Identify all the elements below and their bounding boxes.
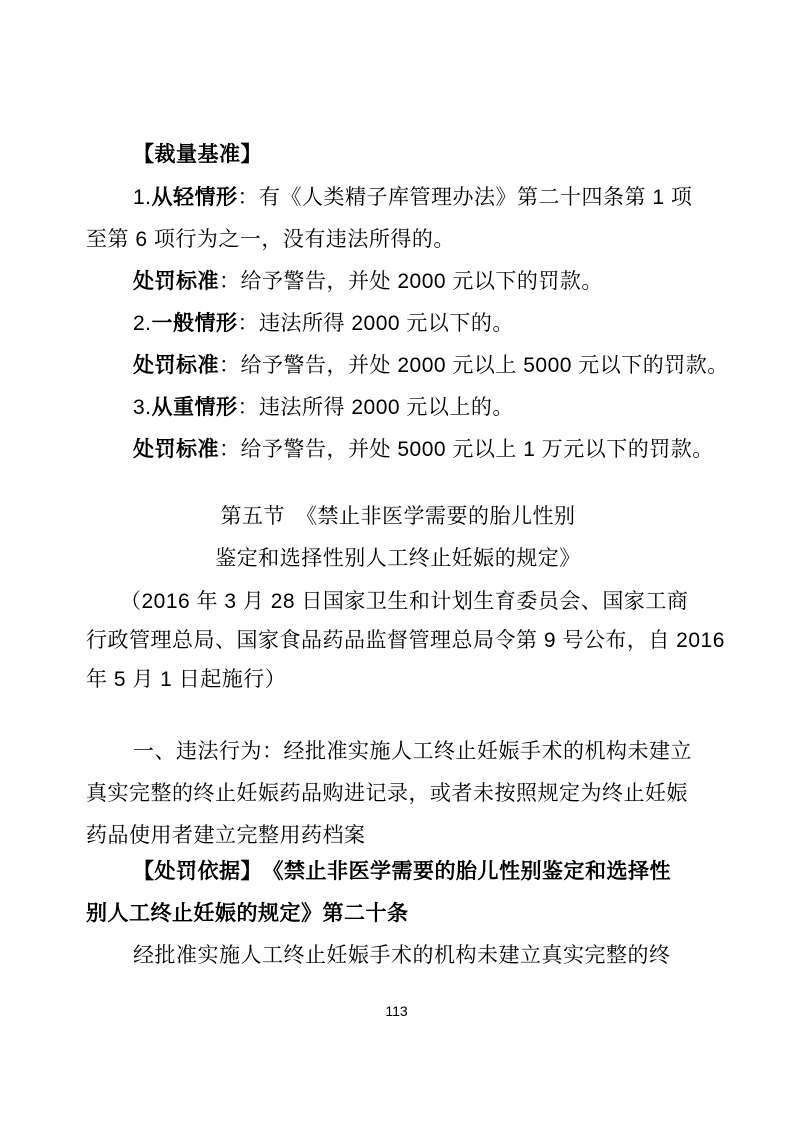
item2-line: 2.一般情形：违法所得 2000 元以下的。	[133, 310, 514, 337]
penalty3-text: ：给予警告，并处 5000 元以上 1 万元以下的罚款。	[219, 438, 714, 461]
section5-title-line1: 第五节 《禁止非医学需要的胎儿性别	[86, 503, 710, 530]
section5-title-line2: 鉴定和选择性别人工终止妊娠的规定》	[86, 545, 710, 572]
violation-line1: 一、违法行为：经批准实施人工终止妊娠手术的机构未建立	[133, 738, 692, 765]
violation-line3: 药品使用者建立完整用药档案	[86, 822, 366, 849]
item1-label: 从轻情形	[152, 186, 238, 209]
issuance-line2: 行政管理总局、国家食品药品监督管理总局令第 9 号公布，自 2016	[86, 627, 725, 654]
basis-line1: 【处罚依据】 《禁止非医学需要的胎儿性别鉴定和选择性	[133, 858, 671, 885]
item1-text: ：有《人类精子库管理办法》第二十四条第 1 项	[238, 186, 693, 209]
penalty2-line: 处罚标准：给予警告，并处 2000 元以上 5000 元以下的罚款。	[133, 352, 729, 379]
penalty1-label: 处罚标准	[133, 270, 219, 293]
issuance-line1: （2016 年 3 月 28 日国家卫生和计划生育委员会、国家工商	[120, 588, 688, 615]
item1-line2: 至第 6 项行为之一，没有违法所得的。	[86, 226, 455, 253]
penalty2-label: 处罚标准	[133, 354, 219, 377]
page-number: 113	[0, 1003, 793, 1019]
item1-line1: 1.从轻情形：有《人类精子库管理办法》第二十四条第 1 项	[133, 184, 692, 211]
item3-label: 从重情形	[152, 396, 238, 419]
penalty1-text: ：给予警告，并处 2000 元以下的罚款。	[219, 270, 603, 293]
document-page: 【裁量基准】 1.从轻情形：有《人类精子库管理办法》第二十四条第 1 项 至第 …	[0, 0, 793, 1122]
basis-line2: 别人工终止妊娠的规定》第二十条	[86, 900, 409, 927]
discretion-heading: 【裁量基准】	[133, 141, 262, 168]
body-line1: 经批准实施人工终止妊娠手术的机构未建立真实完整的终	[133, 942, 671, 969]
penalty3-label: 处罚标准	[133, 438, 219, 461]
item1-number: 1.	[133, 186, 152, 209]
item2-label: 一般情形	[152, 312, 238, 335]
item2-number: 2.	[133, 312, 152, 335]
violation-line2: 真实完整的终止妊娠药品购进记录，或者未按照规定为终止妊娠	[86, 780, 688, 807]
item3-text: ：违法所得 2000 元以上的。	[238, 396, 514, 419]
penalty2-text: ：给予警告，并处 2000 元以上 5000 元以下的罚款。	[219, 354, 729, 377]
item3-line: 3.从重情形：违法所得 2000 元以上的。	[133, 394, 514, 421]
issuance-line3: 年 5 月 1 日起施行）	[86, 666, 286, 693]
item3-number: 3.	[133, 396, 152, 419]
penalty1-line: 处罚标准：给予警告，并处 2000 元以下的罚款。	[133, 268, 603, 295]
penalty3-line: 处罚标准：给予警告，并处 5000 元以上 1 万元以下的罚款。	[133, 436, 714, 463]
item2-text: ：违法所得 2000 元以下的。	[238, 312, 514, 335]
